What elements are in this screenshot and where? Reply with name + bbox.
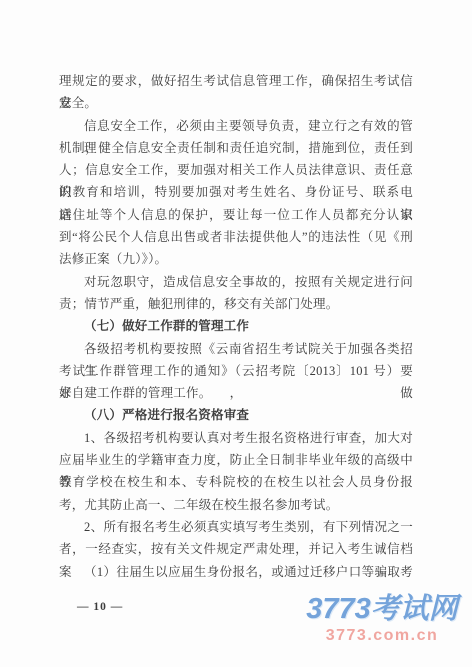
text-line: 责；情节严重，触犯刑律的，移交有关部门处理。	[59, 293, 413, 315]
document-body: 理规定的要求，做好招生考试信息管理工作，确保招生考试信息安全。信息安全工作，必须…	[59, 70, 413, 583]
text-line: （1）往届生以应届生身份报名，或通过迁移户口等骗取考	[59, 561, 413, 583]
text-line: 安全。	[59, 92, 413, 114]
text-line: 信息安全工作，必须由主要领导负责，建立行之有效的管理	[59, 115, 413, 137]
text-line: 庭住址等个人信息的保护，要让每一位工作人员都充分认识	[59, 204, 413, 226]
text-line: 人；信息安全工作，要加强对相关工作人员法律意识、责任意识	[59, 159, 413, 181]
text-line: 到“将公民个人信息出售或者非法提供他人”的违法性（见《刑	[59, 226, 413, 248]
text-line: 考，尤其防止高一、二年级在校生报名参加考试。	[59, 494, 413, 516]
text-line: 的教育和培训，特别要加强对考生姓名、身份证号、联系电话、家	[59, 181, 413, 203]
watermark-site-url: 3773.com.cn	[297, 628, 467, 644]
watermark-site-name: 3773考试网	[297, 595, 467, 624]
text-line: 法修正案（九）》）。	[59, 248, 413, 270]
text-line: 1、各级招考机构要认真对考生报名资格进行审查，加大对	[59, 427, 413, 449]
text-line: 各级招考机构要按照《云南省招生考试院关于加强各类招生	[59, 338, 413, 360]
text-line: 机制，健全信息安全责任制和责任追究制，措施到位，责任到	[59, 137, 413, 159]
text-line: 理规定的要求，做好招生考试信息管理工作，确保招生考试信息	[59, 70, 413, 92]
text-line: 者，一经查实，按有关文件规定严肃处理，并记入考生诚信档案：	[59, 538, 413, 560]
document-page: 理规定的要求，做好招生考试信息管理工作，确保招生考试信息安全。信息安全工作，必须…	[0, 0, 472, 667]
page-number: — 10 —	[77, 601, 123, 613]
text-line: 对玩忽职守，造成信息安全事故的，按照有关规定进行问	[59, 271, 413, 293]
section-heading: （七）做好工作群的管理工作	[59, 315, 413, 337]
section-heading: （八）严格进行报名资格审查	[59, 404, 413, 426]
text-line: 教育学校在校生和本、专科院校的在校生以社会人员身份报	[59, 471, 413, 493]
text-line: 2、所有报名考生必须真实填写考生类别，有下列情况之一	[59, 516, 413, 538]
text-line: 考试工作群管理工作的通知》（云招考院〔2013〕101 号）要求，做	[59, 360, 413, 382]
watermark: 3773考试网 3773.com.cn	[297, 595, 467, 644]
text-line: 应届毕业生的学籍审查力度，防止全日制非毕业年级的高级中等	[59, 449, 413, 471]
